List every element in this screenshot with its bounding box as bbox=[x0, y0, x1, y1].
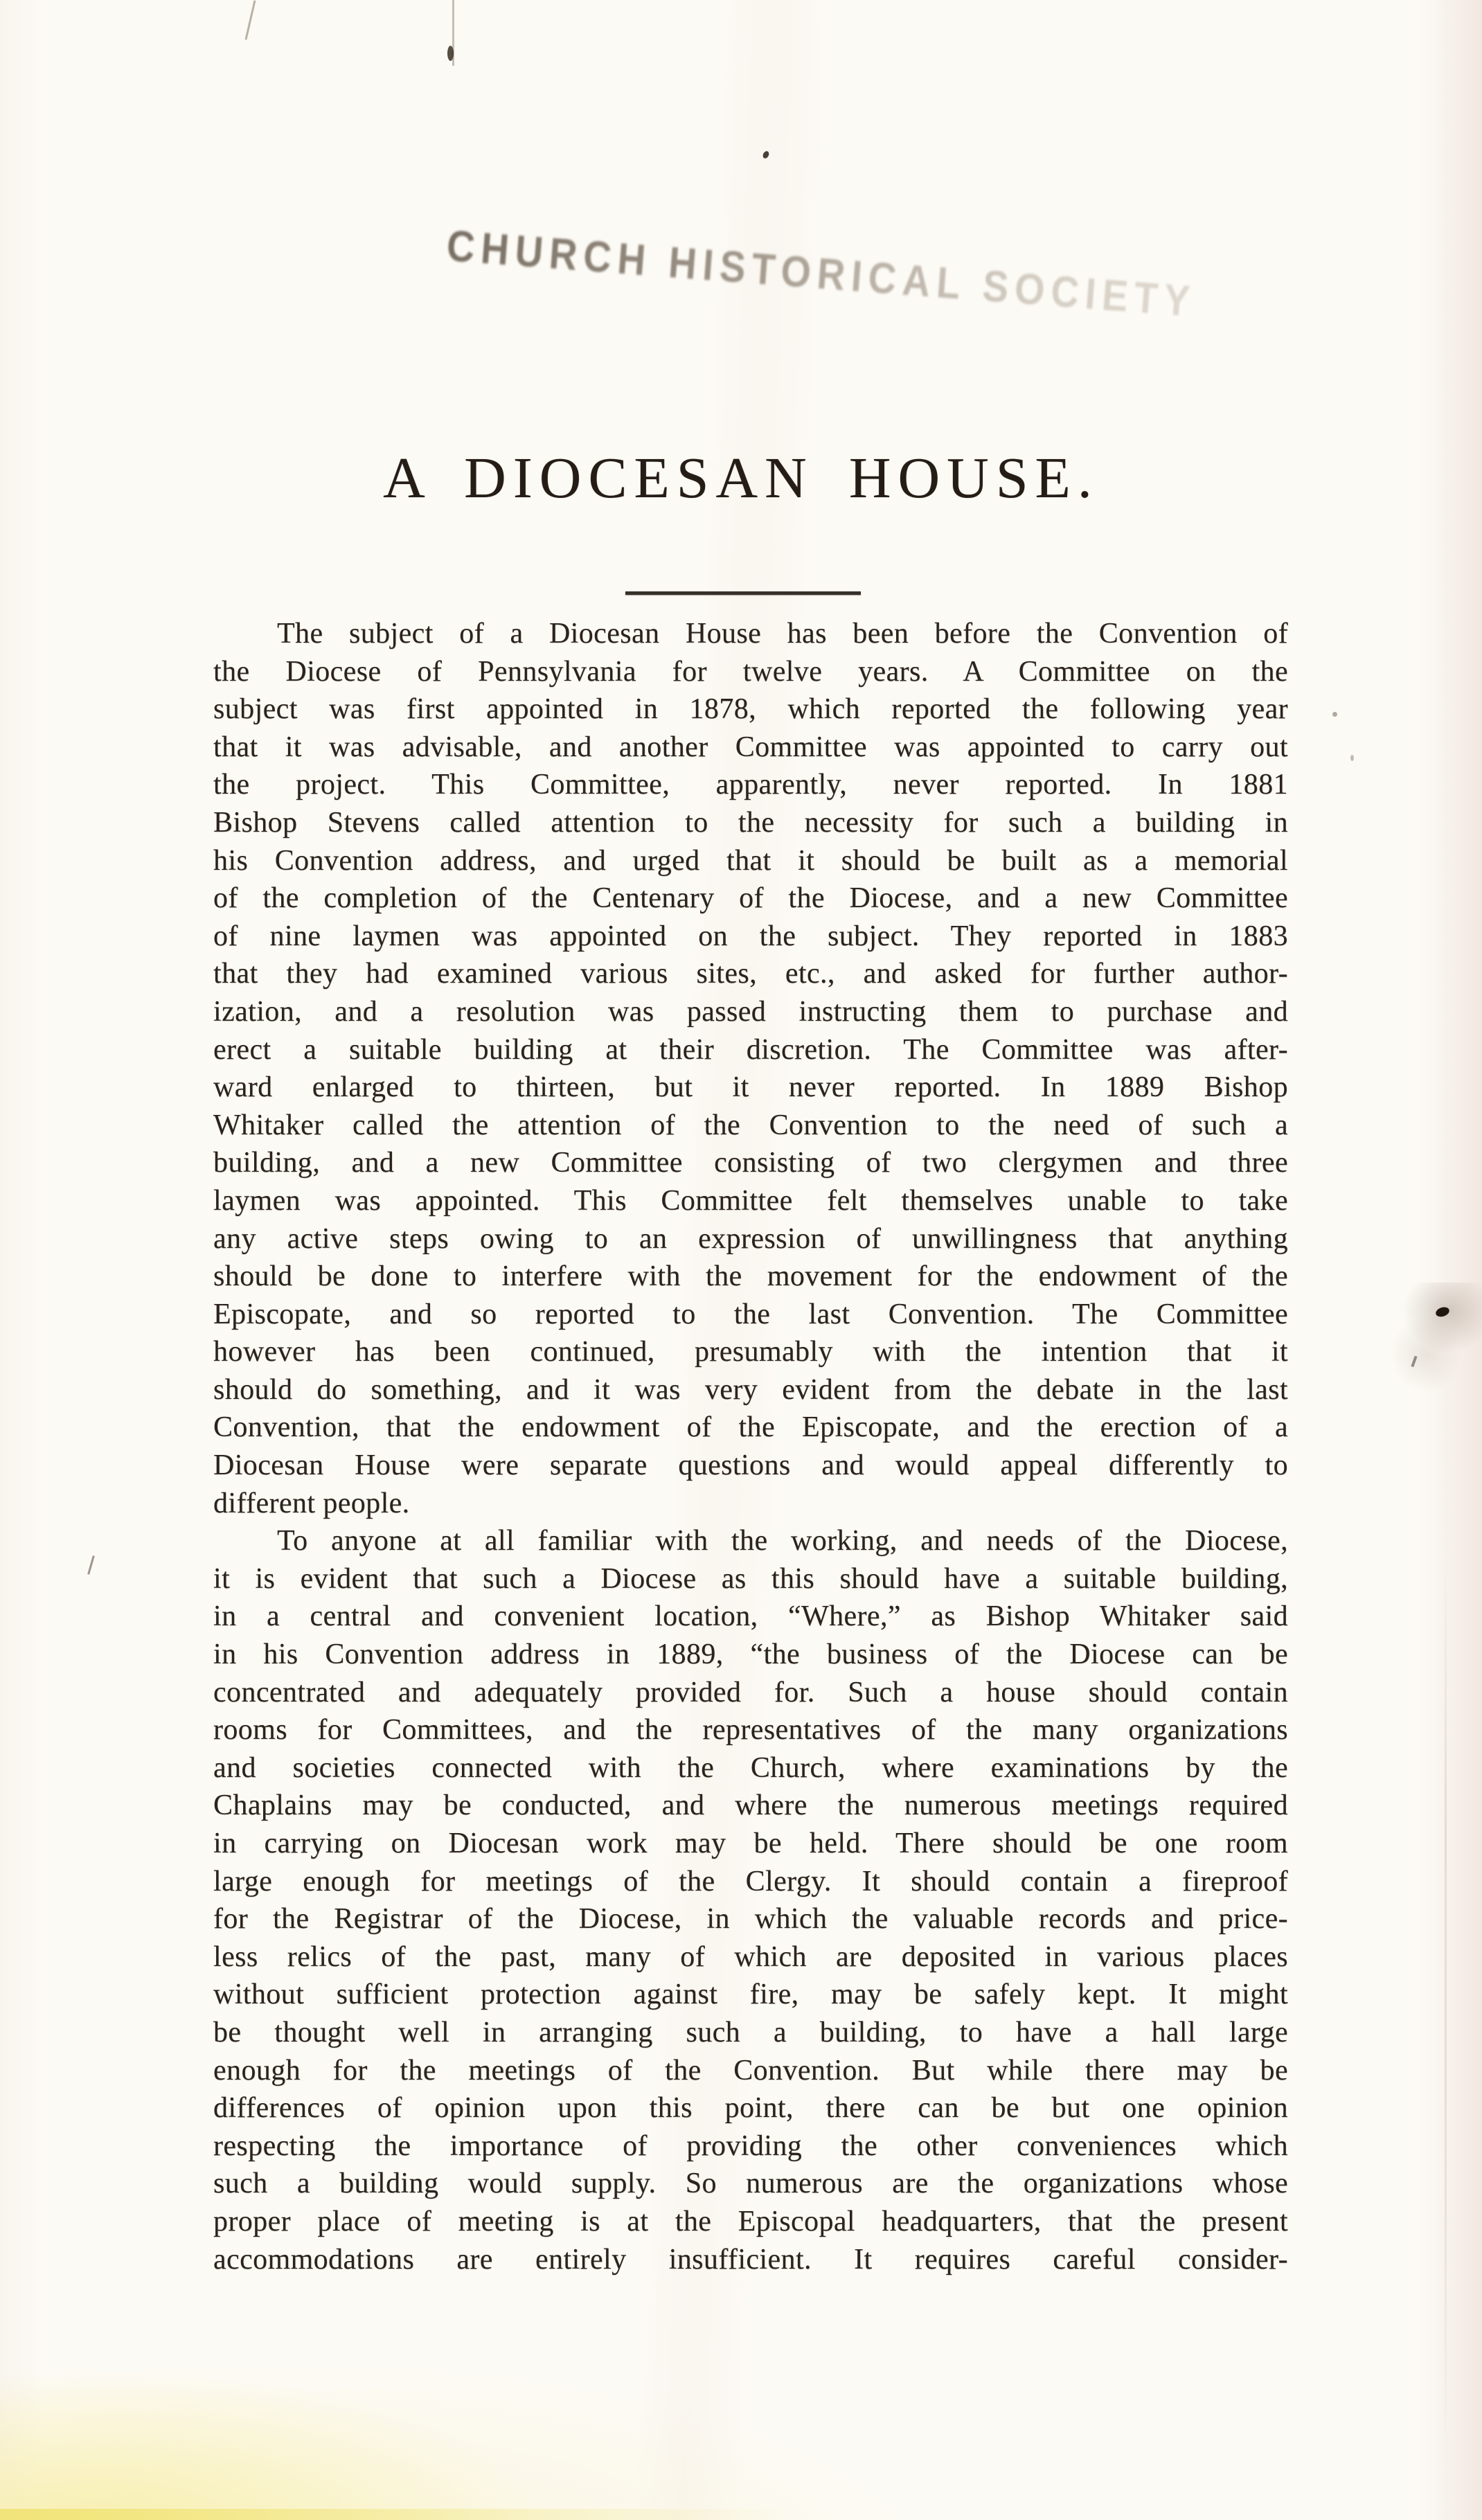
text-line: differences of opinion upon this point, … bbox=[213, 2089, 1288, 2127]
text-line: concentrated and adequately provided for… bbox=[213, 1674, 1288, 1712]
ink-blob-speck bbox=[1434, 1305, 1450, 1319]
text-line: the project. This Committee, apparently,… bbox=[213, 766, 1288, 804]
text-line: that they had examined various sites, et… bbox=[213, 955, 1288, 993]
document-body: The subject of a Diocesan House has been… bbox=[213, 615, 1288, 2278]
text-line: in his Convention address in 1889, “the … bbox=[213, 1636, 1288, 1674]
paragraph: To anyone at all familiar with the worki… bbox=[213, 1522, 1288, 2278]
text-line: of nine laymen was appointed on the subj… bbox=[213, 918, 1288, 956]
title-divider-rule bbox=[625, 591, 861, 595]
text-line: less relics of the past, many of which a… bbox=[213, 1938, 1288, 1976]
text-line: his Convention address, and urged that i… bbox=[213, 842, 1288, 880]
paper-speckle bbox=[1350, 755, 1354, 761]
text-line: enough for the meetings of the Conventio… bbox=[213, 2052, 1288, 2090]
page-fold-line bbox=[1445, 1558, 1447, 2458]
library-ownership-stamp: CHURCH HISTORICAL SOCIETY bbox=[445, 220, 1198, 327]
page-edge-shading bbox=[0, 2509, 796, 2520]
text-line: erect a suitable building at their discr… bbox=[213, 1031, 1288, 1069]
text-line: subject was first appointed in 1878, whi… bbox=[213, 690, 1288, 729]
scan-hairline-mark bbox=[452, 0, 454, 66]
text-line: and societies connected with the Church,… bbox=[213, 1749, 1288, 1787]
page-title: A DIOCESAN HOUSE. bbox=[0, 445, 1482, 512]
text-line: Episcopate, and so reported to the last … bbox=[213, 1296, 1288, 1334]
text-line: laymen was appointed. This Committee fel… bbox=[213, 1182, 1288, 1220]
text-line: accommodations are entirely insufficient… bbox=[213, 2241, 1288, 2279]
text-line: Whitaker called the attention of the Con… bbox=[213, 1107, 1288, 1145]
text-line: such a building would supply. So numerou… bbox=[213, 2165, 1288, 2203]
text-line: should be done to interfere with the mov… bbox=[213, 1258, 1288, 1296]
paper-speckle bbox=[1411, 1356, 1417, 1367]
paper-speckle bbox=[762, 150, 770, 159]
text-line: for the Registrar of the Diocese, in whi… bbox=[213, 1900, 1288, 1938]
text-line: Diocesan House were separate questions a… bbox=[213, 1447, 1288, 1485]
scanned-document-page: CHURCH HISTORICAL SOCIETY A DIOCESAN HOU… bbox=[0, 0, 1482, 2520]
text-line: ward enlarged to thirteen, but it never … bbox=[213, 1069, 1288, 1107]
paper-speckle bbox=[87, 1555, 95, 1575]
text-line: different people. bbox=[213, 1485, 1288, 1523]
text-line: ization, and a resolution was passed ins… bbox=[213, 993, 1288, 1031]
text-line: Chaplains may be conducted, and where th… bbox=[213, 1787, 1288, 1825]
text-line: large enough for meetings of the Clergy.… bbox=[213, 1863, 1288, 1901]
paragraph: The subject of a Diocesan House has been… bbox=[213, 615, 1288, 1522]
text-line: in a central and convenient location, “W… bbox=[213, 1598, 1288, 1636]
text-line: be thought well in arranging such a buil… bbox=[213, 2014, 1288, 2052]
text-line: proper place of meeting is at the Episco… bbox=[213, 2203, 1288, 2241]
text-line: should do something, and it was very evi… bbox=[213, 1371, 1288, 1409]
text-line: of the completion of the Centenary of th… bbox=[213, 879, 1288, 918]
scan-hairline-mark bbox=[245, 0, 256, 39]
text-line: respecting the importance of providing t… bbox=[213, 2127, 1288, 2165]
text-line: rooms for Committees, and the representa… bbox=[213, 1711, 1288, 1749]
text-line: the Diocese of Pennsylvania for twelve y… bbox=[213, 653, 1288, 691]
text-line: To anyone at all familiar with the worki… bbox=[213, 1522, 1288, 1560]
text-line: Convention, that the endowment of the Ep… bbox=[213, 1409, 1288, 1447]
text-line: building, and a new Committee consisting… bbox=[213, 1144, 1288, 1182]
text-line: that it was advisable, and another Commi… bbox=[213, 729, 1288, 767]
paper-speckle bbox=[1332, 712, 1337, 717]
page-edge-smudge bbox=[1382, 1283, 1482, 1442]
text-line: any active steps owing to an expression … bbox=[213, 1220, 1288, 1258]
text-line: however has been continued, presumably w… bbox=[213, 1333, 1288, 1371]
text-line: The subject of a Diocesan House has been… bbox=[213, 615, 1288, 653]
text-line: Bishop Stevens called attention to the n… bbox=[213, 804, 1288, 842]
text-line: in carrying on Diocesan work may be held… bbox=[213, 1825, 1288, 1863]
ink-blob-speck bbox=[447, 46, 454, 61]
text-line: without sufficient protection against fi… bbox=[213, 1976, 1288, 2014]
text-line: it is evident that such a Diocese as thi… bbox=[213, 1560, 1288, 1598]
